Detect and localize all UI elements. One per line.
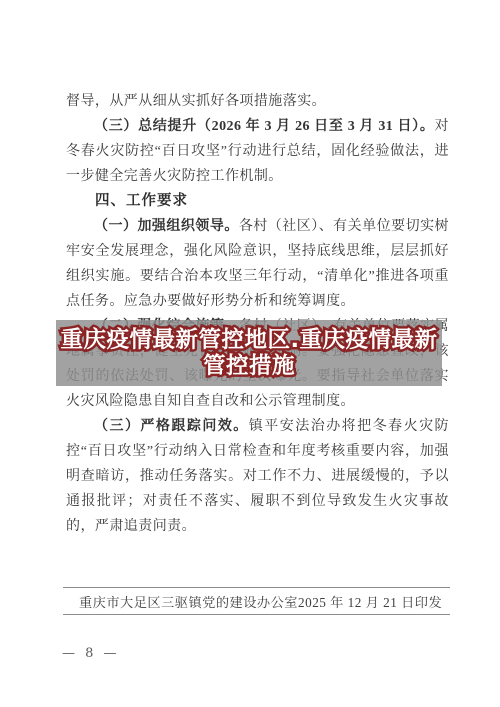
paragraph-lead: （三）严格跟踪问效。	[94, 419, 249, 434]
footer-imprint: 重庆市大足区三驱镇党的建设办公室 2025 年 12 月 21 日印发	[63, 587, 450, 615]
paragraph: （一）加强组织领导。各村（社区）、有关单位要切实树牢安全发展理念，强化风险意识，…	[66, 214, 449, 314]
watermark-band: 重庆疫情最新管控地区.重庆疫情最新 管控措施 重庆疫情最新管控地区.重庆疫情最新…	[56, 320, 442, 386]
page-number: — 8 —	[62, 646, 120, 661]
watermark-title-line1: 重庆疫情最新管控地区.重庆疫情最新	[60, 327, 437, 353]
paragraph-text: 督导，从严从细从实抓好各项措施落实。	[66, 94, 326, 109]
watermark-title: 重庆疫情最新管控地区.重庆疫情最新 管控措施 重庆疫情最新管控地区.重庆疫情最新…	[56, 327, 442, 379]
section-heading: 四、工作要求	[66, 189, 449, 214]
document-body: 督导，从严从细从实抓好各项措施落实。 （三）总结提升（2026 年 3 月 26…	[66, 89, 449, 539]
print-date: 2025 年 12 月 21 日印发	[298, 592, 442, 611]
issuing-office: 重庆市大足区三驱镇党的建设办公室	[79, 592, 298, 611]
watermark-title-line2: 管控措施	[203, 353, 295, 379]
paragraph-lead: （一）加强组织领导。	[94, 219, 239, 234]
paragraph: 督导，从严从细从实抓好各项措施落实。	[66, 89, 449, 114]
watermark-title-fill: 重庆疫情最新管控地区.重庆疫情最新 管控措施	[56, 327, 442, 379]
paragraph-text: 镇平安法治办将把冬春火灾防控“百日攻坚”行动纳入日常检查和年度考核重要内容，加强…	[66, 419, 449, 534]
paragraph: （三）严格跟踪问效。镇平安法治办将把冬春火灾防控“百日攻坚”行动纳入日常检查和年…	[66, 414, 449, 539]
paragraph-lead: （三）总结提升（2026 年 3 月 26 日至 3 月 31 日）。	[94, 119, 435, 134]
document-page: 督导，从严从细从实抓好各项措施落实。 （三）总结提升（2026 年 3 月 26…	[0, 0, 500, 707]
paragraph: （三）总结提升（2026 年 3 月 26 日至 3 月 31 日）。对冬春火灾…	[66, 114, 449, 189]
